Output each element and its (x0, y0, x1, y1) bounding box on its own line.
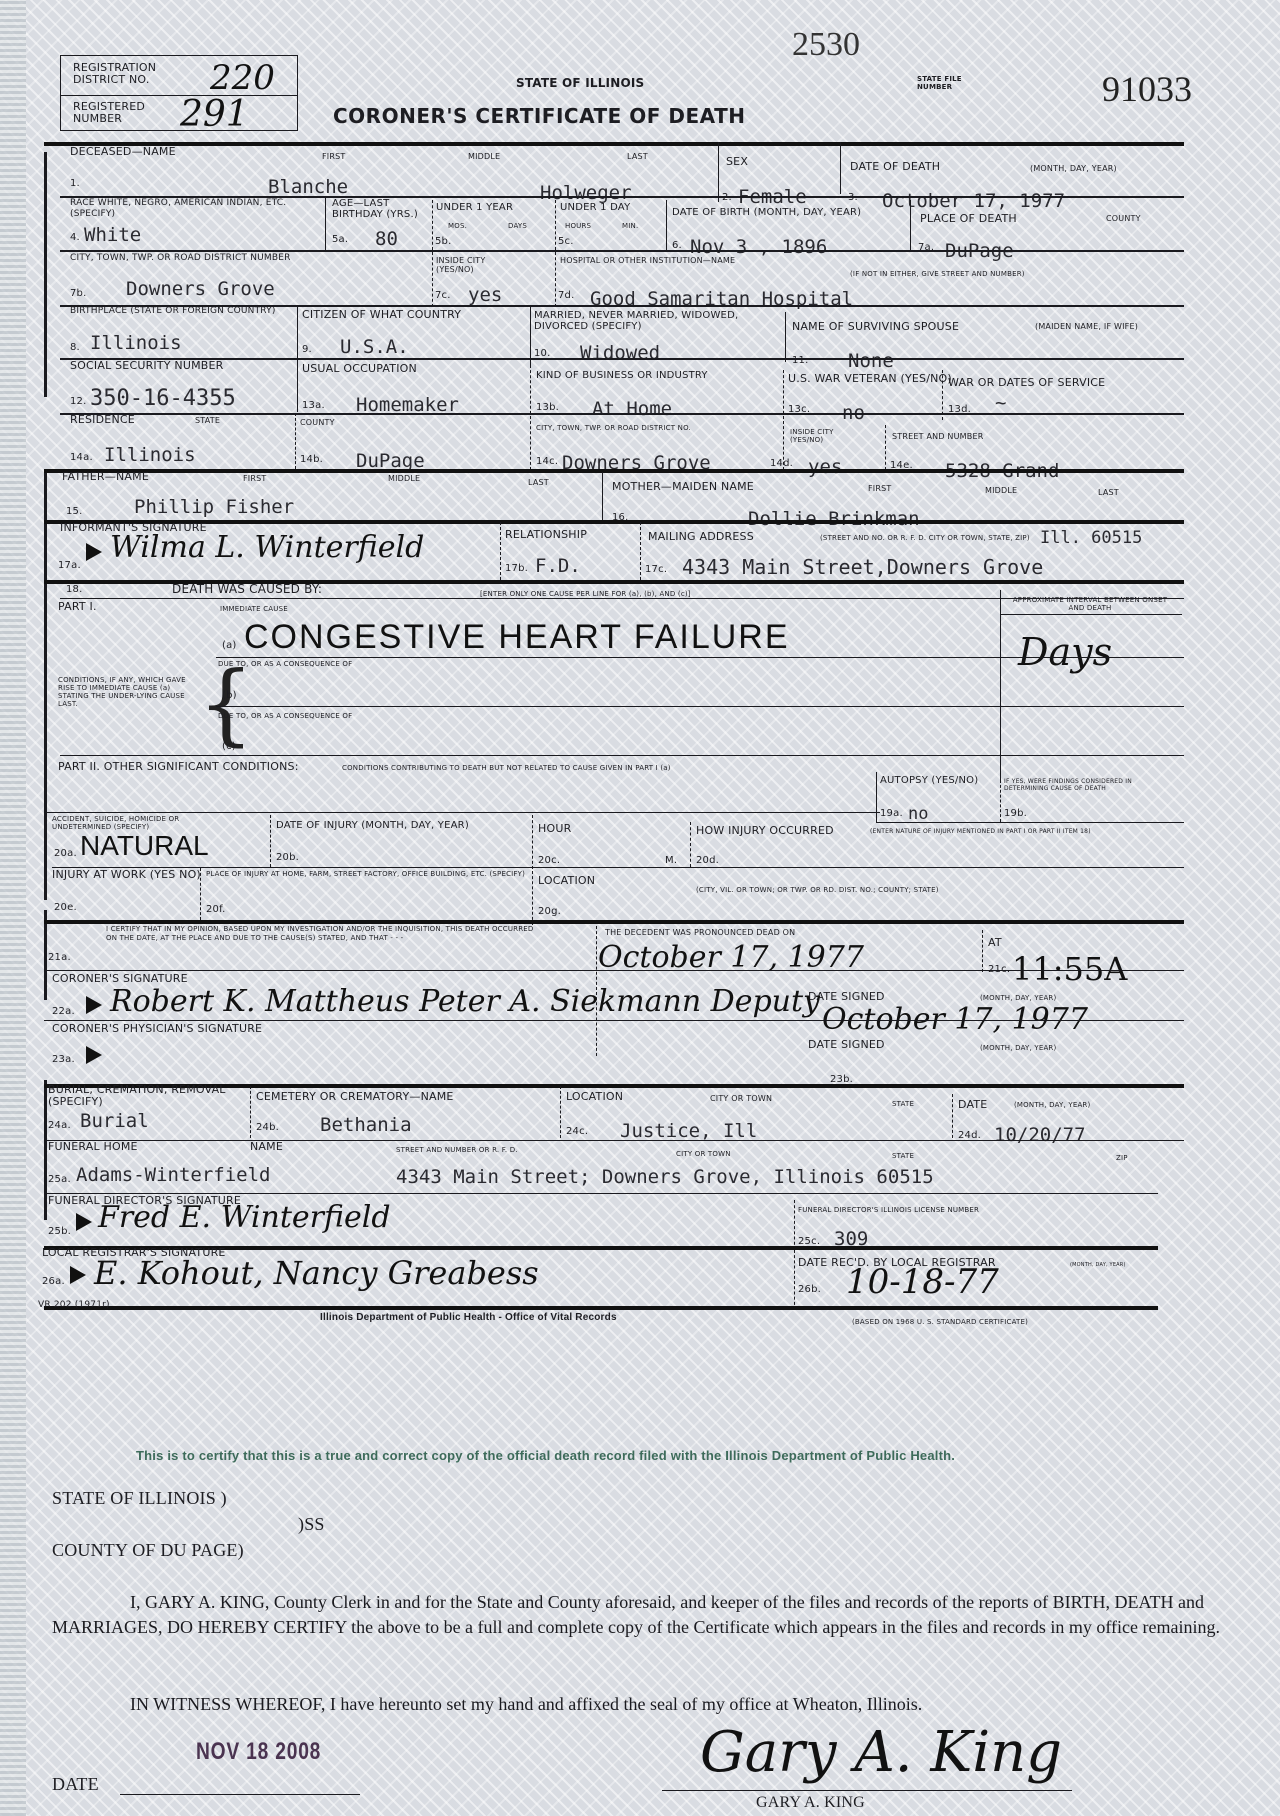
brace-icon: { (198, 652, 254, 755)
item-number: 20a. (54, 848, 77, 859)
label-enter-one: [ENTER ONLY ONE CAUSE PER LINE FOR (a), … (480, 590, 691, 598)
signature-arrow-icon (76, 1213, 92, 1231)
death-city-value: Downers Grove (126, 278, 275, 300)
label-pronounced: THE DECEDENT WAS PRONOUNCED DEAD ON (605, 928, 795, 937)
reg-district-value: 220 (210, 58, 275, 98)
divider (794, 1200, 795, 1250)
label-zip: ZIP (1116, 1154, 1128, 1162)
item-number: 17c. (645, 564, 667, 575)
label-place-of-death: PLACE OF DEATH (920, 212, 1017, 225)
divider (794, 1250, 795, 1310)
label-hospital: HOSPITAL OR OTHER INSTITUTION—NAME (560, 256, 735, 265)
funeral-home-value: Adams-Winterfield (76, 1164, 270, 1186)
item-number: (a) (222, 640, 237, 651)
label-first: FIRST (322, 152, 345, 161)
label-last: LAST (1098, 488, 1119, 497)
label-county: COUNTY (300, 418, 335, 427)
label-location: LOCATION (538, 874, 595, 887)
divider (1000, 780, 1001, 822)
label-location-hint: (CITY, VIL. OR TOWN; OR TWP. OR RD. DIST… (696, 886, 939, 894)
label-autopsy: AUTOPSY (YES/NO) (880, 775, 980, 786)
label-conditions: CONDITIONS, IF ANY, WHICH GAVE RISE TO I… (58, 676, 198, 708)
label-under-1-day: UNDER 1 DAY (560, 202, 630, 213)
local-registrar-signature: E. Kohout, Nancy Greabess (94, 1254, 539, 1292)
cemetery-location-value: Justice, Ill (620, 1120, 757, 1142)
label-state: STATE (892, 1152, 914, 1160)
divider (325, 196, 326, 250)
label-residence: RESIDENCE (70, 413, 135, 426)
item-number: (c) (222, 741, 236, 752)
state-line: STATE OF ILLINOIS ) (52, 1488, 227, 1509)
item-number: 20d. (696, 855, 719, 866)
divider (785, 312, 786, 362)
rule (216, 706, 1184, 707)
label-part-2: PART II. OTHER SIGNIFICANT CONDITIONS: (58, 760, 299, 773)
date-stamp: NOV 18 2008 (196, 1738, 321, 1766)
rule (876, 822, 1184, 823)
label-state: STATE (195, 416, 220, 425)
divider (840, 142, 841, 194)
signature-arrow-icon (70, 1266, 86, 1284)
label-relationship: RELATIONSHIP (505, 528, 587, 541)
item-number: 14c. (536, 456, 558, 467)
label-how-injury: HOW INJURY OCCURRED (696, 824, 834, 837)
label-certify: I CERTIFY THAT IN MY OPINION, BASED UPON… (106, 925, 536, 943)
item-number: 13a. (302, 400, 325, 411)
label-city-or-town: CITY OR TOWN (710, 1094, 772, 1103)
item-number: 5c. (558, 236, 574, 247)
divider (718, 142, 719, 202)
divider (530, 365, 531, 470)
rule (60, 358, 1184, 360)
label-city-road: CITY, TOWN, TWP. OR ROAD DISTRICT NO. (536, 424, 691, 432)
label-mother-name: MOTHER—MAIDEN NAME (612, 480, 754, 493)
label-due-to: DUE TO, OR AS A CONSEQUENCE OF (218, 712, 352, 720)
label-war-dates: WAR OR DATES OF SERVICE (948, 376, 1105, 389)
label-middle: MIDDLE (468, 152, 500, 161)
label-war-veteran: U.S. WAR VETERAN (YES/NO) (788, 372, 938, 385)
item-number: 26b. (798, 1284, 821, 1295)
scan-edge (0, 0, 26, 1816)
item-number: 13b. (536, 402, 559, 413)
label-name: NAME (250, 1140, 283, 1153)
label-if-not: (IF NOT IN EITHER, GIVE STREET AND NUMBE… (850, 270, 1025, 278)
disposition-value: Burial (80, 1110, 149, 1132)
label-fd-license: FUNERAL DIRECTOR'S ILLINOIS LICENSE NUMB… (798, 1206, 979, 1214)
divider (555, 200, 556, 250)
witness-paragraph: IN WITNESS WHEREOF, I have hereunto set … (130, 1694, 922, 1715)
label-city-or-town: CITY OR TOWN (676, 1150, 731, 1158)
label-inside-city: INSIDE CITY (YES/NO) (436, 256, 496, 274)
inside-city-value: yes (468, 284, 502, 306)
label-age: AGE—LAST BIRTHDAY (YRS.) (332, 198, 422, 220)
business-value: At Home (592, 398, 672, 420)
deceased-last-name: Holweger (540, 182, 632, 204)
label-funeral-home: FUNERAL HOME (48, 1140, 138, 1153)
rule (60, 755, 1184, 756)
label-mos: MOS. (448, 222, 467, 230)
item-number: 7b. (70, 288, 87, 299)
label-business: KIND OF BUSINESS OR INDUSTRY (536, 370, 708, 381)
label-date-injury: DATE OF INJURY (MONTH, DAY, YEAR) (276, 820, 469, 831)
item-number: 14b. (300, 454, 323, 465)
form-id: VR 202 (1971r) (38, 1300, 110, 1310)
label-maiden: (MAIDEN NAME, IF WIFE) (1035, 322, 1138, 331)
divider (690, 822, 691, 867)
funeral-home-address: 4343 Main Street; Downers Grove, Illinoi… (396, 1166, 934, 1188)
deceased-first-name: Blanche (268, 176, 348, 198)
label-mdy: (MONTH, DAY, YEAR) (1030, 164, 1117, 173)
item-number: 7c. (435, 290, 451, 301)
label-meridiem: M. (665, 855, 677, 866)
mailing-address-line2: Ill. 60515 (1040, 528, 1142, 548)
label-physician-signature: CORONER'S PHYSICIAN'S SIGNATURE (52, 1022, 262, 1035)
item-number: 23a. (52, 1054, 75, 1065)
label-approx-interval: APPROXIMATE INTERVAL BETWEEN ONSET AND D… (1010, 596, 1170, 612)
label-mdy: (MONTH, DAY, YEAR) (1070, 1262, 1126, 1268)
label-hour: HOUR (538, 822, 571, 835)
birthplace-value: Illinois (90, 332, 182, 354)
label-accident: ACCIDENT, SUICIDE, HOMICIDE OR UNDETERMI… (52, 815, 232, 831)
item-number: 11. (792, 355, 809, 366)
item-number: 14a. (70, 452, 93, 463)
autopsy-value: no (908, 804, 928, 824)
label-last: LAST (627, 152, 648, 161)
mother-name-value: Dollie Brinkman (748, 508, 920, 530)
label-date-of-birth: DATE OF BIRTH (MONTH, DAY, YEAR) (672, 207, 861, 218)
label-middle: MIDDLE (388, 474, 420, 483)
item-number: 17a. (58, 560, 81, 571)
divider (602, 472, 603, 524)
item-number: 8. (70, 342, 80, 353)
item-number: 19a. (880, 808, 903, 819)
certification-paragraph: I, GARY A. KING, County Clerk in and for… (52, 1590, 1222, 1640)
rule (1000, 614, 1182, 615)
stamped-number: 2530 (792, 26, 860, 64)
label-date: DATE (958, 1098, 987, 1111)
item-number: 20b. (276, 852, 299, 863)
label-mailing-hint: (STREET AND NO. OR R. F. D. CITY OR TOWN… (820, 534, 1030, 542)
label-street-rfd: STREET AND NUMBER OR R. F. D. (396, 1146, 518, 1154)
label-inside-city: INSIDE CITY (YES/NO) (790, 428, 850, 444)
item-number: 25b. (48, 1226, 71, 1237)
clerk-signature: Gary A. King (700, 1720, 1062, 1785)
item-number: 20e. (54, 902, 77, 913)
registered-number-value: 291 (180, 94, 249, 135)
divider (270, 815, 271, 867)
divider (1000, 590, 1001, 780)
label-part-1: PART I. (58, 600, 97, 613)
reg-district-label: REGISTRATION DISTRICT NO. (73, 62, 183, 86)
label-first: FIRST (243, 474, 266, 483)
rule (52, 867, 1184, 868)
item-number: 20g. (538, 906, 561, 917)
item-number: (b) (222, 690, 237, 701)
item-number: 19b. (1004, 808, 1027, 819)
divider (500, 522, 501, 580)
label-part-2-hint: CONDITIONS CONTRIBUTING TO DEATH BUT NOT… (342, 764, 671, 772)
rule (44, 1140, 1184, 1141)
item-number: 5a. (332, 234, 348, 245)
signature-arrow-icon (86, 1046, 102, 1064)
item-number: 14d. (770, 458, 793, 469)
item-number: 15. (66, 506, 83, 517)
rule (44, 970, 1184, 971)
immediate-cause-value: CONGESTIVE HEART FAILURE (244, 618, 790, 657)
label-mdy: (MONTH, DAY, YEAR) (1014, 1101, 1090, 1109)
form-border (44, 152, 47, 397)
label-place-injury: PLACE OF INJURY AT HOME, FARM, STREET FA… (206, 870, 526, 879)
item-number: 22a. (52, 1006, 75, 1017)
race-value: White (84, 224, 141, 246)
rule (44, 1020, 1184, 1021)
rule (60, 250, 1184, 252)
divider (295, 413, 296, 469)
form-border (44, 470, 47, 580)
label-father-name: FATHER—NAME (62, 470, 149, 483)
label-how-injury-hint: (ENTER NATURE OF INJURY MENTIONED IN PAR… (870, 828, 1170, 835)
page-title: CORONER'S CERTIFICATE OF DEATH (333, 104, 745, 128)
label-citizen: CITIZEN OF WHAT COUNTRY (302, 308, 461, 321)
ssn-value: 350-16-4355 (90, 386, 236, 411)
label-middle: MIDDLE (985, 486, 1017, 495)
label-mdy: (MONTH, DAY, YEAR) (980, 1044, 1056, 1052)
rule (44, 469, 1184, 473)
label-min: MIN. (622, 222, 638, 230)
county-line: COUNTY OF DU PAGE) (52, 1540, 244, 1561)
citizen-value: U.S.A. (340, 336, 409, 358)
label-death-caused-by: DEATH WAS CAUSED BY: (172, 582, 322, 596)
label-mailing-address: MAILING ADDRESS (648, 530, 754, 543)
divider (432, 252, 433, 307)
label-occupation: USUAL OCCUPATION (302, 362, 417, 375)
rule (44, 812, 880, 813)
department-name: Illinois Department of Public Health - O… (320, 1312, 617, 1323)
label-ssn: SOCIAL SECURITY NUMBER (70, 359, 224, 372)
interval-value: Days (1018, 630, 1112, 674)
mailing-address-value: 4343 Main Street,Downers Grove (682, 555, 1043, 579)
item-number: 21a. (48, 952, 71, 963)
label-first: FIRST (868, 484, 891, 493)
pronounced-time-value: 11:55A (1012, 950, 1127, 988)
divider (783, 370, 784, 470)
label-location: LOCATION (566, 1090, 623, 1103)
item-number: 20f. (206, 904, 226, 915)
item-number: 25a. (48, 1174, 71, 1185)
coroner-signature: Robert K. Mattheus Peter A. Siekmann Dep… (110, 984, 820, 1019)
label-city-town: CITY, TOWN, TWP. OR ROAD DISTRICT NUMBER (70, 253, 291, 263)
state-file-label: STATE FILE NUMBER (917, 75, 977, 91)
divider (876, 772, 877, 822)
item-number: 24b. (256, 1122, 279, 1133)
form-border (44, 1080, 47, 1220)
divider (250, 1086, 251, 1138)
father-name-value: Phillip Fisher (134, 496, 294, 518)
divider (910, 200, 911, 250)
signature-line (662, 1790, 1072, 1791)
label-street-number: STREET AND NUMBER (892, 432, 983, 441)
label-date-of-death: DATE OF DEATH (850, 160, 940, 173)
relationship-value: F.D. (535, 555, 581, 577)
spouse-value: None (848, 350, 894, 372)
rule (216, 657, 1184, 658)
label-under-1-year: UNDER 1 YEAR (436, 202, 513, 213)
divider (530, 305, 531, 365)
label-deceased-name: DECEASED—NAME (70, 145, 176, 158)
registered-number-label: REGISTERED NUMBER (73, 101, 163, 125)
label-last: LAST (528, 478, 549, 487)
form-border (44, 580, 47, 900)
item-number: 18. (66, 584, 83, 595)
divider (555, 252, 556, 307)
divider (432, 200, 433, 250)
residence-state-value: Illinois (104, 444, 196, 466)
rule (44, 142, 1184, 146)
divider (666, 200, 667, 250)
label-date-signed: DATE SIGNED (808, 1038, 885, 1051)
item-number: 24a. (48, 1120, 71, 1131)
item-number: 17b. (505, 563, 528, 574)
item-number: 1. (70, 178, 80, 189)
divider (640, 522, 641, 580)
funeral-director-signature: Fred E. Winterfield (98, 1200, 391, 1235)
rule (44, 1306, 1158, 1310)
divider (952, 1094, 953, 1138)
item-number: 5b. (435, 236, 452, 247)
label-at: AT (988, 936, 1002, 949)
informant-signature: Wilma L. Winterfield (110, 530, 424, 565)
signature-arrow-icon (86, 543, 102, 561)
item-number: 20c. (538, 855, 560, 866)
label-birthplace: BIRTHPLACE (STATE OR FOREIGN COUNTRY) (70, 306, 290, 316)
item-number: 7d. (558, 290, 575, 301)
label-surviving-spouse: NAME OF SURVIVING SPOUSE (792, 320, 959, 333)
divider (982, 930, 983, 972)
item-number: 26a. (42, 1276, 65, 1287)
date-line (120, 1794, 360, 1795)
label-sex: SEX (726, 155, 748, 168)
label-cemetery: CEMETERY OR CREMATORY—NAME (256, 1090, 454, 1103)
date-recd-value: 10-18-77 (846, 1262, 999, 1302)
label-marital: MARRIED, NEVER MARRIED, WIDOWED, DIVORCE… (534, 310, 764, 332)
label-immediate-cause: IMMEDIATE CAUSE (220, 605, 288, 613)
cemetery-value: Bethania (320, 1114, 412, 1136)
label-state: STATE (892, 1100, 914, 1108)
item-number: 24c. (566, 1126, 588, 1137)
label-based-on: (BASED ON 1968 U. S. STANDARD CERTIFICAT… (852, 1318, 1028, 1326)
divider (560, 1086, 561, 1138)
item-number: 12. (70, 396, 87, 407)
rule (60, 413, 1184, 415)
war-dates-value: ~ (995, 392, 1006, 414)
clerk-name: GARY A. KING (756, 1794, 865, 1812)
divider (885, 425, 886, 470)
label-mdy: (MONTH, DAY, YEAR) (980, 994, 1056, 1002)
date-label: DATE (52, 1774, 99, 1795)
label-if-yes: IF YES, WERE FINDINGS CONSIDERED IN DETE… (1004, 778, 1174, 792)
certification-statement: This is to certify that this is a true a… (136, 1448, 955, 1463)
rule (44, 920, 1184, 924)
label-injury-work: INJURY AT WORK (YES NO) (52, 868, 201, 881)
item-number: 4. (70, 232, 80, 243)
label-county: COUNTY (1106, 214, 1141, 223)
residence-inside-value: yes (808, 456, 842, 478)
manner-of-death-value: NATURAL (80, 830, 209, 862)
date-of-birth-value: Nov 3 , 1896 (690, 236, 827, 258)
signature-arrow-icon (86, 996, 102, 1014)
label-race: RACE WHITE, NEGRO, AMERICAN INDIAN, ETC.… (70, 198, 320, 220)
disposition-date-value: 10/20/77 (994, 1124, 1086, 1146)
label-burial: BURIAL, CREMATION, REMOVAL (SPECIFY) (48, 1084, 228, 1108)
marital-value: Widowed (580, 342, 660, 364)
label-days: DAYS (508, 222, 527, 230)
label-hours: HOURS (565, 222, 591, 230)
divider (532, 815, 533, 925)
divider (200, 868, 201, 920)
item-number: 9. (302, 344, 312, 355)
rule (44, 520, 1184, 524)
state-file-number: 91033 (1102, 68, 1192, 110)
age-value: 80 (375, 228, 398, 250)
state-heading: STATE OF ILLINOIS (516, 76, 644, 90)
ss-line: )SS (298, 1514, 325, 1535)
